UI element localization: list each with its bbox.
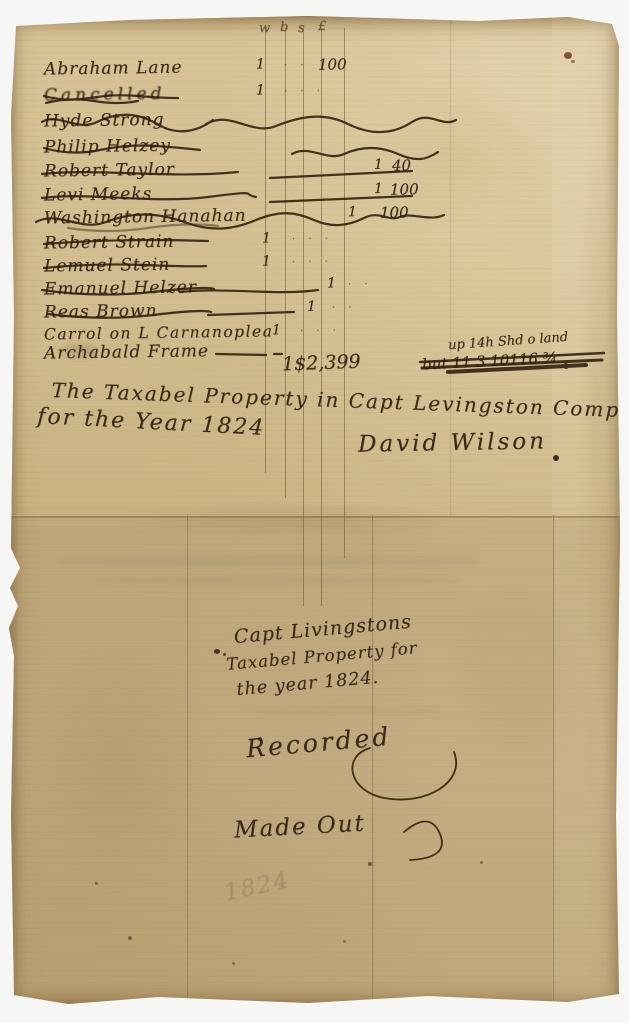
poll-mark: 1	[256, 82, 265, 98]
horizontal-fold-crease	[8, 515, 621, 518]
poll-mark: 1	[262, 253, 271, 269]
poll-mark: 1	[327, 275, 336, 291]
acreage-value: 100	[390, 180, 419, 198]
tick-marks: · · ·	[292, 256, 333, 268]
acreage-value: 100	[318, 55, 347, 73]
ledger-row: Hyde Strong	[8, 103, 621, 134]
tick-marks: · ·	[348, 279, 373, 290]
ledger-row: Cancelled 1 · · ·	[8, 77, 621, 108]
taxpayer-name: Cancelled	[44, 84, 166, 106]
total-amount: 1$2,399	[282, 351, 361, 376]
taxpayer-name: Reas Brown	[44, 301, 158, 323]
tick-marks: · ·	[284, 60, 309, 71]
taxpayer-name: Emanuel Helzer	[44, 277, 197, 299]
column-header-s: s	[298, 21, 305, 36]
poll-mark: 1	[256, 56, 265, 72]
taxpayer-name: Washington Hanahan	[44, 206, 247, 229]
column-header-w: w	[259, 21, 270, 36]
caption-line-2: for the Year 1824	[37, 404, 266, 441]
poll-mark: 1	[262, 230, 271, 246]
acreage-value: 100	[380, 203, 409, 221]
tick-marks: · · ·	[284, 86, 325, 98]
taxpayer-name: Archabald Frame	[44, 341, 209, 363]
poll-mark: 1	[374, 157, 383, 173]
poll-mark: 1	[272, 322, 281, 338]
scanner-background: w b s £ Abraham Lane 1 · · 100 Cancelled…	[0, 0, 629, 1023]
tick-marks: · ·	[332, 302, 357, 313]
vertical-fold-crease	[186, 515, 189, 1008]
vertical-fold-crease	[552, 515, 555, 1008]
tick-marks: · · ·	[300, 325, 341, 337]
taxpayer-name: Hyde Strong	[44, 110, 165, 132]
taxpayer-name: Robert Strain	[44, 232, 175, 254]
acreage-value: 40	[392, 156, 411, 174]
taxpayer-name: Abraham Lane	[44, 58, 183, 80]
poll-mark: 1	[348, 204, 357, 220]
column-header-pound: £	[318, 19, 326, 34]
ledger-row: Abraham Lane 1 · · 100	[8, 51, 621, 82]
poll-mark: 1	[307, 299, 316, 315]
column-header-b: b	[280, 20, 288, 35]
taxpayer-name: Levi Meeks	[44, 184, 153, 206]
taxpayer-name: Robert Taylor	[44, 160, 175, 182]
poll-mark: 1	[374, 181, 383, 197]
manuscript-sheet: w b s £ Abraham Lane 1 · · 100 Cancelled…	[8, 16, 621, 1008]
taxpayer-name: Philip Helzey	[44, 136, 171, 158]
signature: David Wilson	[358, 428, 547, 457]
taxpayer-name: Lemuel Stein	[44, 255, 171, 277]
lower-fold-panel	[8, 517, 621, 1008]
vertical-fold-crease	[371, 515, 374, 1008]
tick-marks: · · ·	[292, 233, 333, 245]
